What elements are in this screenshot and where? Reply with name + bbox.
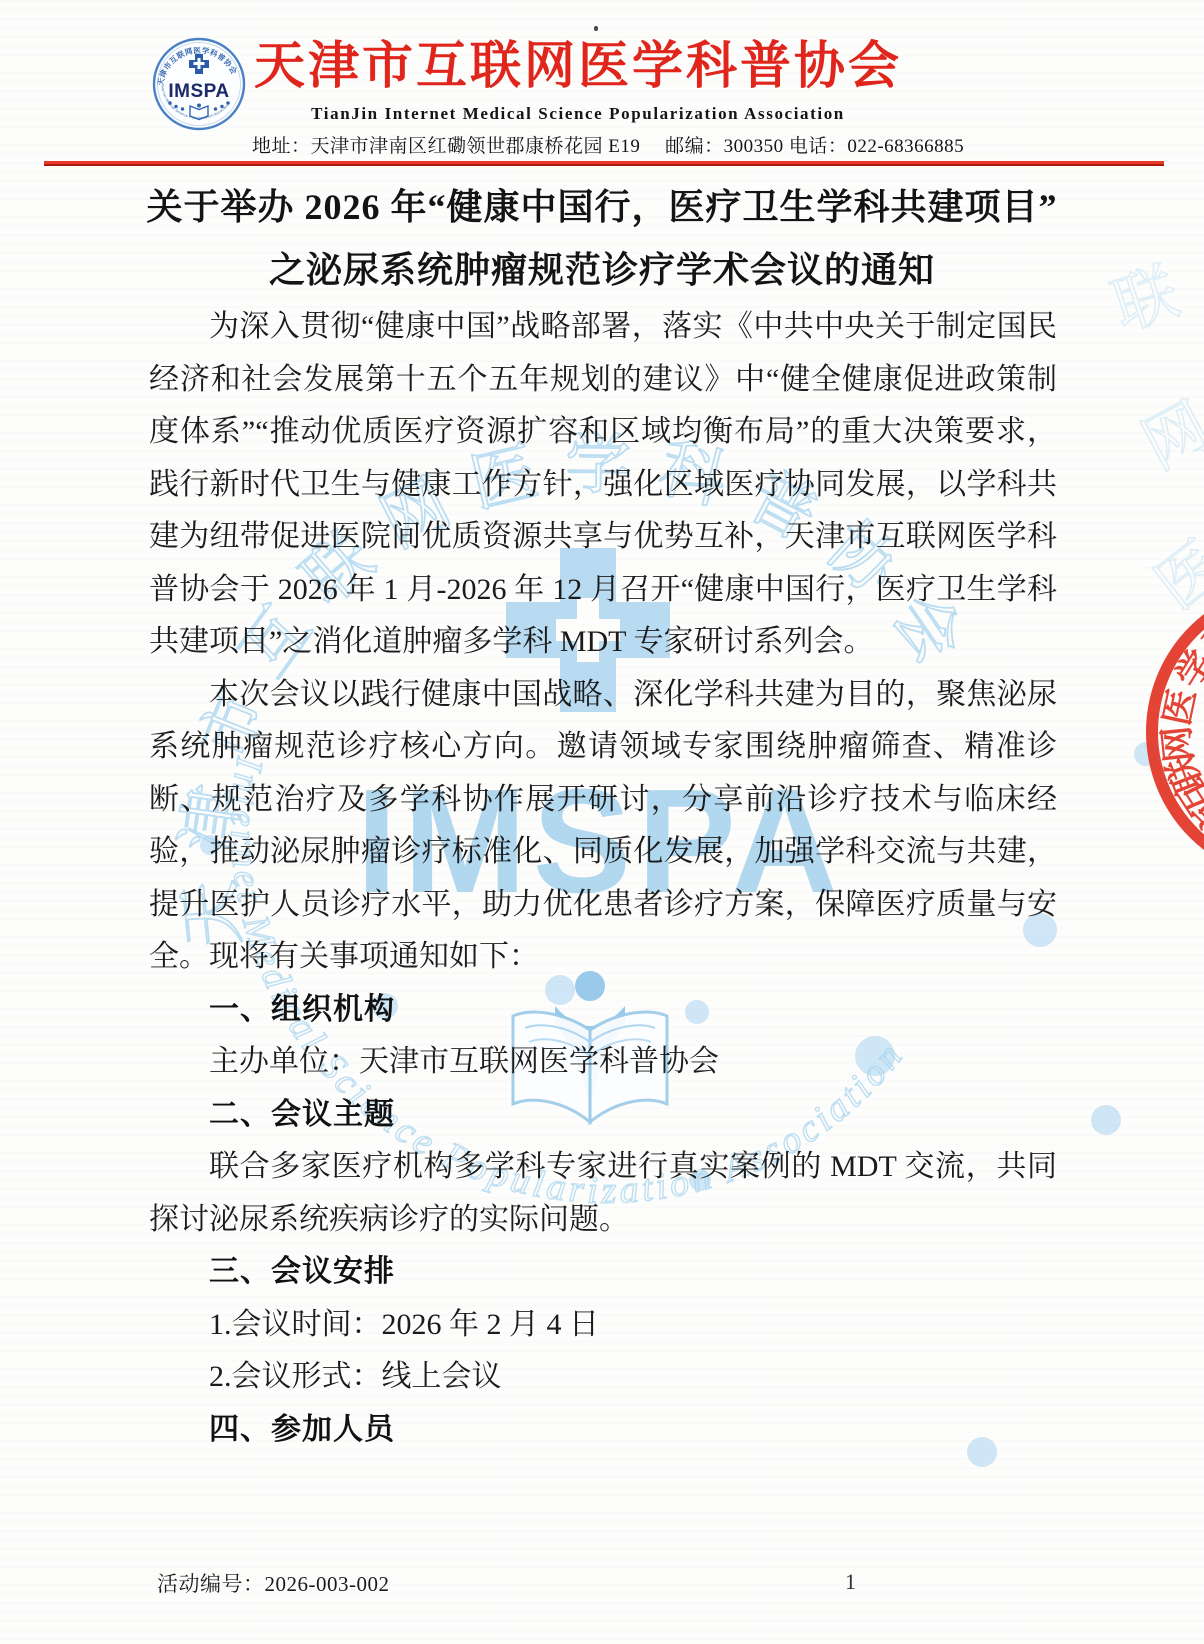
document-title-line2: 之泌尿系统肿瘤规范诊疗学术会议的通知	[0, 239, 1204, 302]
scan-speck	[594, 26, 598, 31]
document-heading: 四、参加人员	[149, 1404, 1057, 1457]
activity-number: 活动编号：2026-003-002	[157, 1568, 390, 1598]
page-number: 1	[845, 1569, 856, 1595]
document-heading: 二、会议主题	[149, 1089, 1057, 1142]
document-body: 为深入贯彻“健康中国”战略部署，落实《中共中央关于制定国民经济和社会发展第十五个…	[149, 301, 1057, 1456]
letterhead-divider	[44, 161, 1164, 166]
document-item: 1.会议时间：2026 年 2 月 4 日	[149, 1299, 1057, 1352]
document-item: 主办单位：天津市互联网医学科普协会	[149, 1036, 1057, 1089]
logo-acronym: IMSPA	[168, 81, 229, 102]
page-content: 天津市互联网医学科普协会 IMSPA Internet Medical Scie…	[0, 0, 1204, 1644]
association-logo: 天津市互联网医学科普协会 IMSPA Internet Medical Scie…	[146, 34, 252, 134]
org-name-en: TianJin Internet Medical Science Popular…	[252, 104, 904, 124]
org-address-line: 地址：天津市津南区红磡领世郡康桥花园 E19 邮编：300350 电话：022-…	[252, 131, 904, 158]
document-title: 关于举办 2026 年“健康中国行，医疗卫生学科共建项目” 之泌尿系统肿瘤规范诊…	[0, 176, 1204, 302]
document-heading: 三、会议安排	[149, 1246, 1057, 1299]
letterhead: 天津市互联网医学科普协会 TianJin Internet Medical Sc…	[252, 38, 904, 158]
document-title-line1: 关于举办 2026 年“健康中国行，医疗卫生学科共建项目”	[0, 176, 1204, 239]
document-heading: 一、组织机构	[149, 984, 1057, 1037]
org-name-cn: 天津市互联网医学科普协会	[252, 38, 904, 96]
document-para: 本次会议以践行健康中国战略、深化学科共建为目的，聚焦泌尿系统肿瘤规范诊疗核心方向…	[149, 669, 1057, 984]
scanned-notice-page: 天津市互联网医学科普协会 Internet Medical Science Po…	[0, 0, 1204, 1644]
document-item: 2.会议形式：线上会议	[149, 1351, 1057, 1404]
document-para: 联合多家医疗机构多学科专家进行真实案例的 MDT 交流，共同探讨泌尿系统疾病诊疗…	[149, 1141, 1057, 1246]
document-para: 为深入贯彻“健康中国”战略部署，落实《中共中央关于制定国民经济和社会发展第十五个…	[149, 301, 1057, 669]
